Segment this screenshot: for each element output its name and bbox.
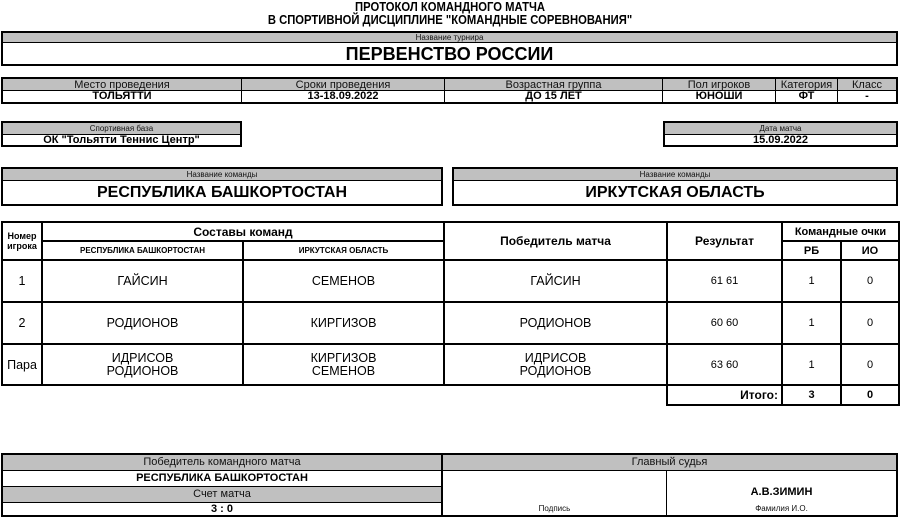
team-a-pair: ИДРИСОВ РОДИОНОВ (42, 344, 243, 385)
team-a-label: Название команды (3, 169, 441, 181)
points-a: 1 (782, 260, 841, 302)
match-winner: РОДИОНОВ (444, 302, 667, 344)
judge-name-label: Фамилия И.О. (667, 504, 896, 514)
team-a-player: ГАЙСИН (42, 260, 243, 302)
team-b-block: Название команды ИРКУТСКАЯ ОБЛАСТЬ (452, 167, 898, 206)
category-label: Категория (776, 79, 837, 91)
points-b: 0 (841, 302, 899, 344)
gender-label: Пол игроков (663, 79, 775, 91)
result-header: Результат (667, 222, 782, 260)
points-a: 1 (782, 302, 841, 344)
match-score-label: Счет матча (3, 487, 441, 503)
lineups-header: Составы команд (42, 222, 444, 241)
protocol-title-line2: В СПОРТИВНОЙ ДИСЦИПЛИНЕ "КОМАНДНЫЕ СОРЕВ… (45, 14, 855, 27)
team-b-label: Название команды (454, 169, 896, 181)
table-row: 1 ГАЙСИН СЕМЕНОВ ГАЙСИН 61 61 1 0 (2, 260, 899, 302)
points-b-header: ИО (841, 241, 899, 260)
winner-header: Победитель матча (444, 222, 667, 260)
info-block: Место проведения ТОЛЬЯТТИ Сроки проведен… (1, 77, 898, 104)
total-label: Итого: (667, 385, 782, 405)
match-date-label: Дата матча (665, 123, 896, 135)
points-b: 0 (841, 344, 899, 385)
table-row: 2 РОДИОНОВ КИРГИЗОВ РОДИОНОВ 60 60 1 0 (2, 302, 899, 344)
match-result: 60 60 (667, 302, 782, 344)
team-b-pair: КИРГИЗОВ СЕМЕНОВ (243, 344, 444, 385)
chief-judge-block: Главный судья Подпись А.В.ЗИМИН Фамилия … (441, 453, 898, 517)
match-result: 61 61 (667, 260, 782, 302)
dates-label: Сроки проведения (242, 79, 444, 91)
tournament-block: Название турнира ПЕРВЕНСТВО РОССИИ (1, 31, 898, 66)
venue-city-label: Место проведения (3, 79, 241, 91)
category-value: ФТ (776, 91, 837, 102)
row-number: 1 (2, 260, 42, 302)
signature-label: Подпись (443, 504, 666, 514)
sports-base-block: Спортивная база ОК "Тольятти Теннис Цент… (1, 121, 242, 147)
team-match-winner-block: Победитель командного матча РЕСПУБЛИКА Б… (1, 453, 443, 517)
total-row: Итого: 3 0 (2, 385, 899, 405)
points-a-header: РБ (782, 241, 841, 260)
team-b-player: КИРГИЗОВ (243, 302, 444, 344)
judge-name: А.В.ЗИМИН (667, 485, 896, 499)
player-number-header: Номер игрока (2, 222, 42, 260)
chief-judge-label: Главный судья (443, 455, 896, 471)
row-number: Пара (2, 344, 42, 385)
match-winner: ГАЙСИН (444, 260, 667, 302)
sports-base-label: Спортивная база (3, 123, 240, 135)
team-a-name: РЕСПУБЛИКА БАШКОРТОСТАН (3, 181, 441, 204)
team-a-block: Название команды РЕСПУБЛИКА БАШКОРТОСТАН (1, 167, 443, 206)
team-match-winner-value: РЕСПУБЛИКА БАШКОРТОСТАН (3, 471, 441, 487)
total-points-b: 0 (841, 385, 899, 405)
results-table: Номер игрока Составы команд Победитель м… (1, 221, 900, 406)
team-a-player: РОДИОНОВ (42, 302, 243, 344)
team-a-lineup-header: РЕСПУБЛИКА БАШКОРТОСТАН (42, 241, 243, 260)
match-date-value: 15.09.2022 (665, 135, 896, 146)
age-group-value: ДО 15 ЛЕТ (445, 91, 662, 102)
sports-base-value: ОК "Тольятти Теннис Центр" (3, 135, 240, 146)
age-group-label: Возрастная группа (445, 79, 662, 91)
team-b-lineup-header: ИРКУТСКАЯ ОБЛАСТЬ (243, 241, 444, 260)
match-result: 63 60 (667, 344, 782, 385)
class-value: - (838, 91, 896, 102)
dates-value: 13-18.09.2022 (242, 91, 444, 102)
team-b-name: ИРКУТСКАЯ ОБЛАСТЬ (454, 181, 896, 204)
points-a: 1 (782, 344, 841, 385)
row-number: 2 (2, 302, 42, 344)
class-label: Класс (838, 79, 896, 91)
team-match-winner-label: Победитель командного матча (3, 455, 441, 471)
gender-value: ЮНОШИ (663, 91, 775, 102)
tournament-name: ПЕРВЕНСТВО РОССИИ (3, 43, 896, 65)
match-score-value: 3 : 0 (3, 503, 441, 516)
team-b-player: СЕМЕНОВ (243, 260, 444, 302)
match-date-block: Дата матча 15.09.2022 (663, 121, 898, 147)
match-winner: ИДРИСОВ РОДИОНОВ (444, 344, 667, 385)
total-points-a: 3 (782, 385, 841, 405)
team-points-header: Командные очки (782, 222, 899, 241)
table-row: Пара ИДРИСОВ РОДИОНОВ КИРГИЗОВ СЕМЕНОВ И… (2, 344, 899, 385)
points-b: 0 (841, 260, 899, 302)
venue-city-value: ТОЛЬЯТТИ (3, 91, 241, 102)
tournament-label: Название турнира (3, 33, 896, 43)
